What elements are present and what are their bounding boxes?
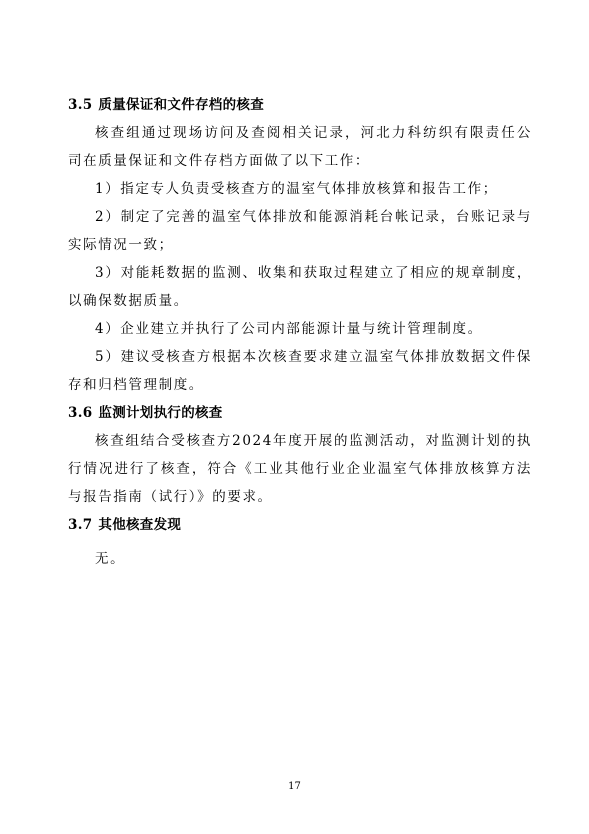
section-heading-3-6: 3.6监测计划执行的核查 [68,399,532,427]
list-item: 2）制定了完善的温室气体排放和能源消耗台帐记录，台账记录与实际情况一致； [68,203,532,259]
list-item: 4）企业建立并执行了公司内部能源计量与统计管理制度。 [68,315,532,343]
section-heading-3-5: 3.5质量保证和文件存档的核查 [68,91,532,119]
list-item: 1）指定专人负责受核查方的温室气体排放核算和报告工作； [68,175,532,203]
section-title: 其他核查发现 [98,517,181,533]
section-title: 质量保证和文件存档的核查 [98,97,264,113]
section-number: 3.5 [68,97,92,113]
page-content: 3.5质量保证和文件存档的核查 核查组通过现场访问及查阅相关记录，河北力科纺织有… [68,91,532,573]
paragraph: 核查组结合受核查方2024年度开展的监测活动，对监测计划的执行情况进行了核查，符… [68,427,532,511]
document-page: 3.5质量保证和文件存档的核查 核查组通过现场访问及查阅相关记录，河北力科纺织有… [0,0,589,834]
page-number: 17 [0,781,589,792]
section-number: 3.6 [68,405,92,421]
section-number: 3.7 [68,517,92,533]
paragraph: 核查组通过现场访问及查阅相关记录，河北力科纺织有限责任公司在质量保证和文件存档方… [68,119,532,175]
section-heading-3-7: 3.7其他核查发现 [68,511,532,539]
paragraph: 无。 [68,545,532,573]
list-item: 3）对能耗数据的监测、收集和获取过程建立了相应的规章制度，以确保数据质量。 [68,259,532,315]
section-title: 监测计划执行的核查 [98,405,222,421]
list-item: 5）建议受核查方根据本次核查要求建立温室气体排放数据文件保存和归档管理制度。 [68,343,532,399]
